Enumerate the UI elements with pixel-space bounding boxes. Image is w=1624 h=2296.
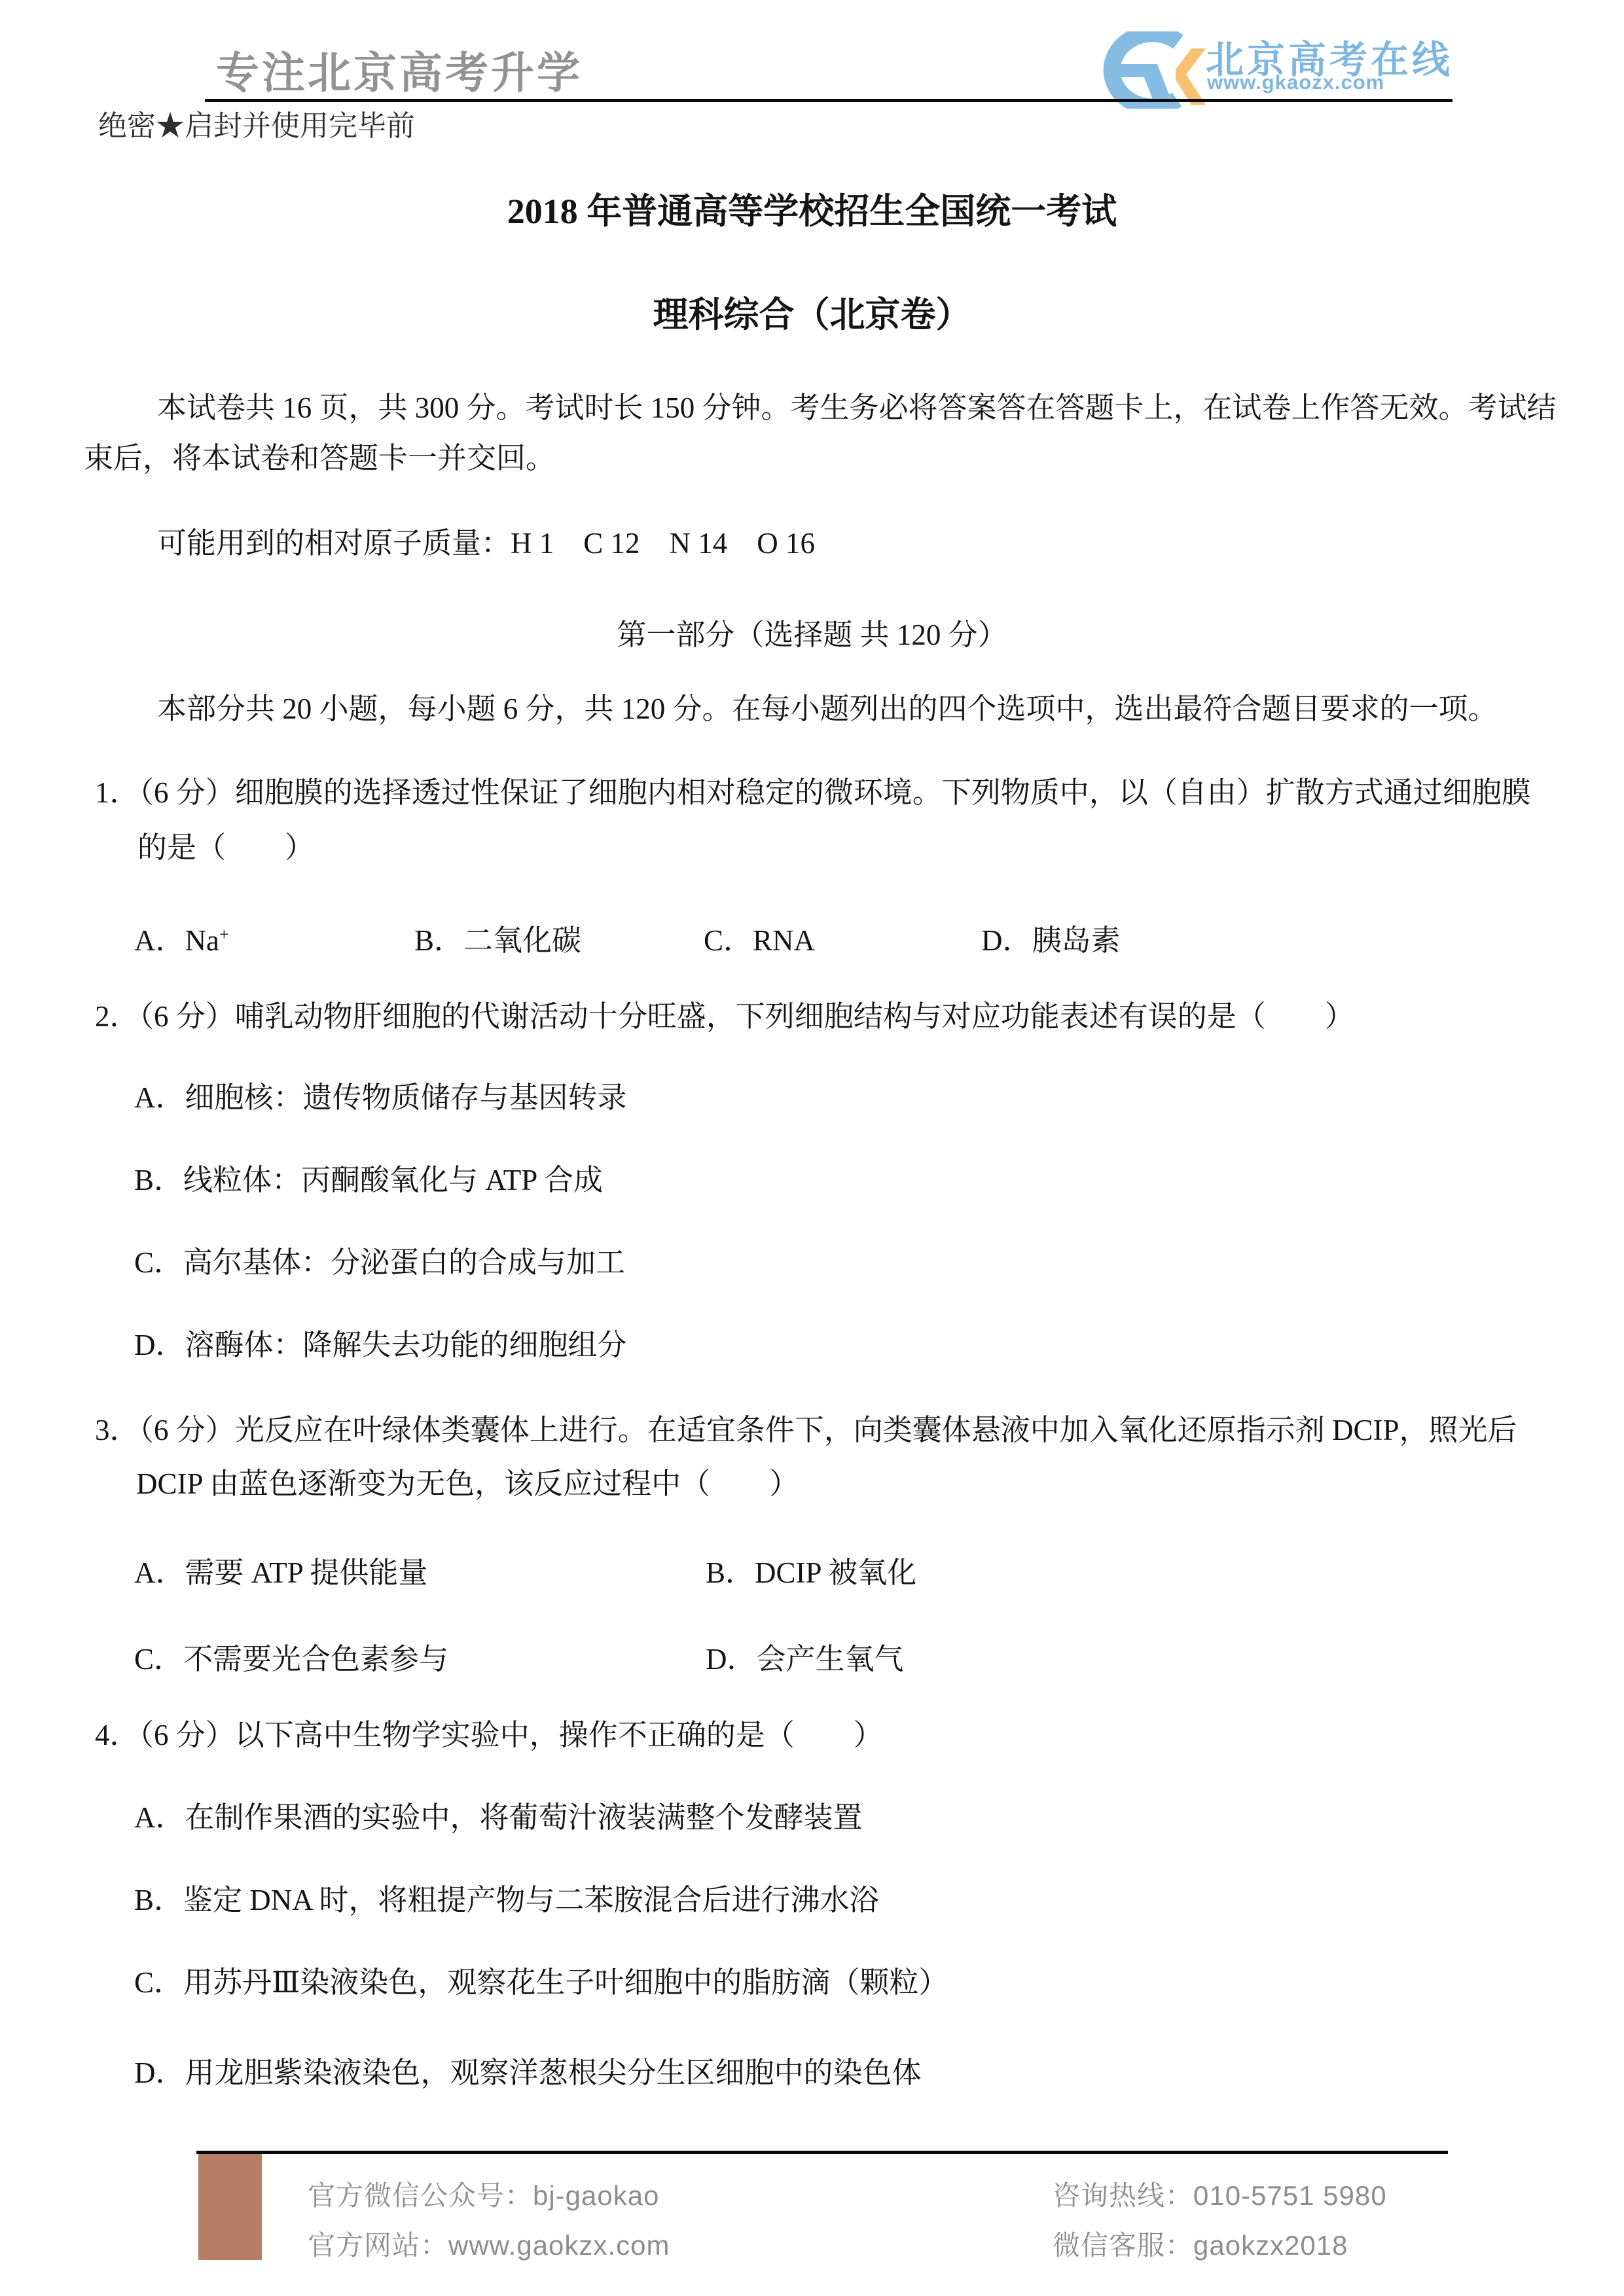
na-superscript: + xyxy=(219,925,229,944)
page-subtitle: 理科综合（北京卷） xyxy=(0,287,1624,337)
exam-paper-page: 专注北京高考升学 北京高考在线 www.gkaozx.com 绝密★启封并使用完… xyxy=(0,0,1624,2296)
question-1-options-row: A．Na+ B．二氧化碳 C．RNA D．胰岛素 xyxy=(134,916,1509,956)
option-1b: B．二氧化碳 xyxy=(414,916,581,959)
option-3c: C．不需要光合色素参与 xyxy=(134,1635,448,1677)
footer-website: 官方网站：www.gaokzx.com xyxy=(308,2224,670,2263)
intro-line-2: 束后，将本试卷和答题卡一并交回。 xyxy=(84,440,555,476)
question-3-options-row-1: A．需要 ATP 提供能量 B．DCIP 被氧化 xyxy=(134,1549,1509,1588)
secrecy-notice: 绝密★启封并使用完毕前 xyxy=(98,102,415,144)
option-4b: B．鉴定 DNA 时，将粗提产物与二苯胺混合后进行沸水浴 xyxy=(134,1882,879,1918)
question-3-stem-line-2: DCIP 由蓝色逐渐变为无色，该反应过程中（ ） xyxy=(136,1466,799,1501)
question-3-stem-line-1: 3．（6 分）光反应在叶绿体类囊体上进行。在适宜条件下，向类囊体悬液中加入氧化还… xyxy=(95,1412,1517,1448)
option-4a: A．在制作果酒的实验中，将葡萄汁液装满整个发酵装置 xyxy=(134,1800,863,1835)
question-1-stem-line-2: 的是（ ） xyxy=(137,830,314,865)
section-heading: 第一部分（选择题 共 120 分） xyxy=(0,611,1624,653)
logo-site-url: www.gkaozx.com xyxy=(1207,71,1384,94)
question-1-stem-line-1: 1．（6 分）细胞膜的选择透过性保证了细胞内相对稳定的微环境。下列物质中，以（自… xyxy=(95,775,1531,810)
option-3d: D．会产生氧气 xyxy=(706,1635,904,1677)
header-tagline: 专注北京高考升学 xyxy=(216,38,583,100)
option-3b: B．DCIP 被氧化 xyxy=(706,1549,916,1591)
option-2b: B．线粒体：丙酮酸氧化与 ATP 合成 xyxy=(134,1162,603,1198)
option-1a: A．Na+ xyxy=(134,916,229,959)
question-4-stem: 4．（6 分）以下高中生物学实验中，操作不正确的是（ ） xyxy=(95,1717,883,1753)
page-title: 2018 年普通高等学校招生全国统一考试 xyxy=(0,183,1624,234)
intro-line-1: 本试卷共 16 页，共 300 分。考试时长 150 分钟。考生务必将答案答在答… xyxy=(157,390,1557,425)
option-4c: C．用苏丹Ⅲ染液染色，观察花生子叶细胞中的脂肪滴（颗粒） xyxy=(134,1965,948,2000)
question-2-stem: 2．（6 分）哺乳动物肝细胞的代谢活动十分旺盛，下列细胞结构与对应功能表述有误的… xyxy=(95,999,1354,1034)
option-1a-text: A．Na xyxy=(134,924,219,957)
footer-divider xyxy=(196,2151,1448,2154)
option-1c: C．RNA xyxy=(704,916,815,959)
option-2c: C．高尔基体：分泌蛋白的合成与加工 xyxy=(134,1245,625,1280)
footer-hotline: 咨询热线：010-5751 5980 xyxy=(1053,2174,1387,2214)
question-3-options-row-2: C．不需要光合色素参与 D．会产生氧气 xyxy=(134,1635,1509,1674)
gk-logo-icon xyxy=(1070,20,1207,124)
footer-wechat-account: 官方微信公众号：bj-gaokao xyxy=(308,2174,659,2214)
footer-wechat-service: 微信客服：gaokzx2018 xyxy=(1053,2224,1348,2263)
option-4d: D．用龙胆紫染液染色，观察洋葱根尖分生区细胞中的染色体 xyxy=(134,2055,922,2090)
option-2a: A．细胞核：遗传物质储存与基因转录 xyxy=(134,1080,627,1115)
atomic-mass-note: 可能用到的相对原子质量：H 1 C 12 N 14 O 16 xyxy=(157,526,815,561)
section-instruction: 本部分共 20 小题，每小题 6 分，共 120 分。在每小题列出的四个选项中，… xyxy=(157,691,1498,726)
footer-accent-square xyxy=(198,2154,262,2260)
option-2d: D．溶酶体：降解失去功能的细胞组分 xyxy=(134,1327,627,1363)
option-1d: D．胰岛素 xyxy=(981,916,1121,959)
option-3a: A．需要 ATP 提供能量 xyxy=(134,1549,427,1591)
